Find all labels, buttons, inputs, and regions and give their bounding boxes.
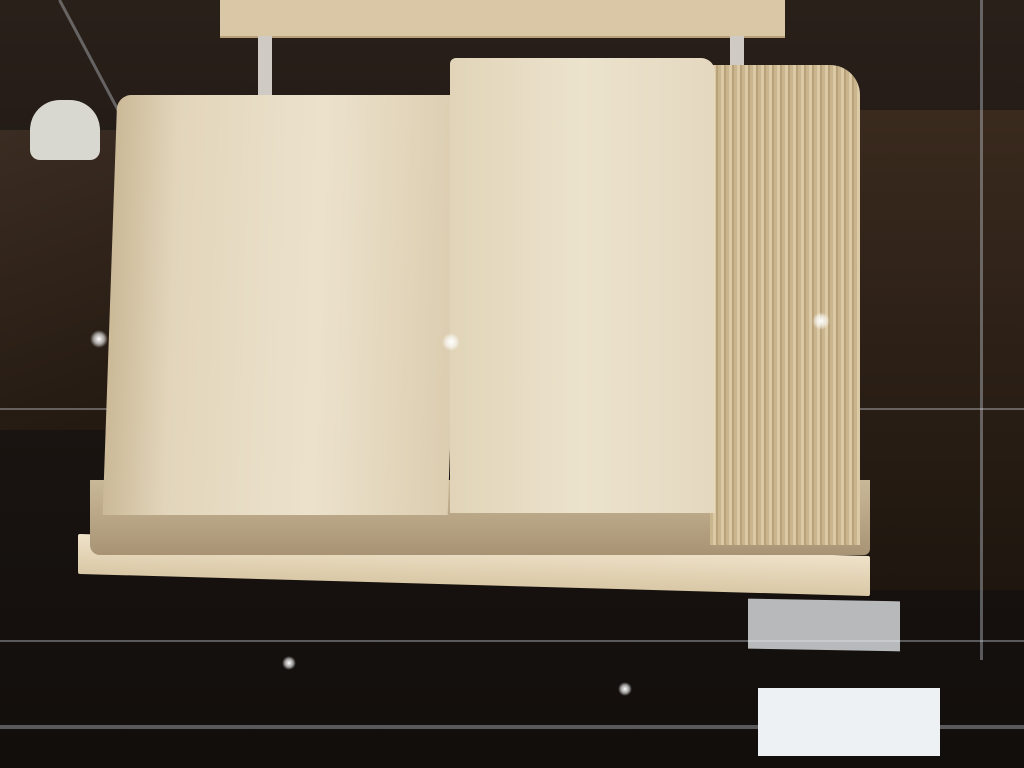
right-page-handwriting (460, 83, 700, 483)
wooden-shelf (220, 0, 785, 38)
label-line (756, 605, 892, 607)
light-reflection (90, 330, 108, 348)
background-furniture (860, 110, 1024, 590)
rear-caption-label (748, 599, 900, 652)
light-reflection (282, 656, 296, 670)
label-line (756, 605, 892, 607)
visitor-shoe (30, 100, 100, 160)
light-reflection (812, 312, 830, 330)
light-reflection (442, 333, 460, 351)
right-page (450, 58, 715, 513)
label-line (756, 605, 892, 607)
label-line (756, 605, 892, 607)
front-caption-label (758, 688, 940, 756)
left-page (103, 95, 463, 515)
book-fore-edge (710, 65, 860, 545)
left-page-handwriting (253, 115, 446, 495)
light-reflection (618, 682, 632, 696)
glass-edge (980, 0, 983, 660)
